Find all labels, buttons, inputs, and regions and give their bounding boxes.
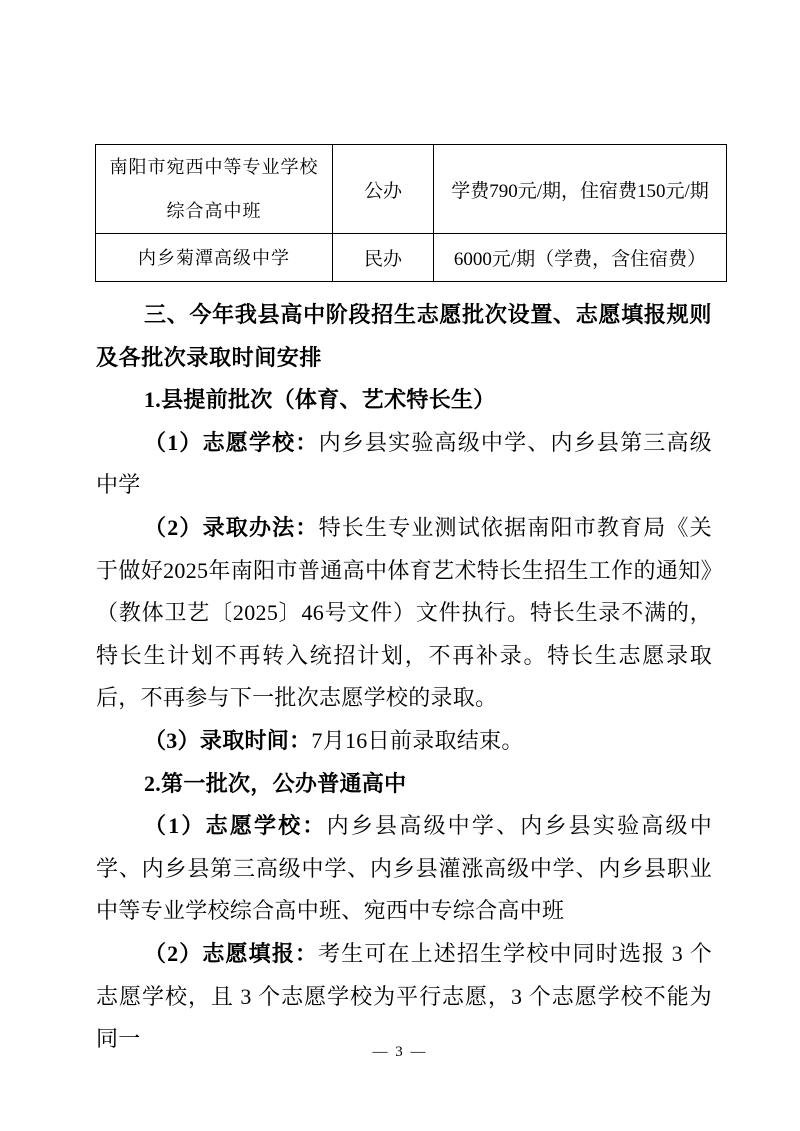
school-fee-table: 南阳市宛西中等专业学校 综合高中班 公办 学费790元/期，住宿费150元/期 … [95, 144, 727, 282]
paragraph: （3）录取时间：7月16日前录取结束。 [96, 720, 712, 763]
document-body: 三、今年我县高中阶段招生志愿批次设置、志愿填报规则及各批次录取时间安排 1.县提… [96, 294, 712, 1061]
school-type-cell: 公办 [333, 145, 434, 234]
school-name-line2: 综合高中班 [96, 189, 332, 233]
school-name-cell: 内乡菊潭高级中学 [96, 234, 333, 282]
paragraph-label: （1）志愿学校： [144, 430, 319, 455]
subsection-title-1: 1.县提前批次（体育、艺术特长生） [96, 379, 712, 422]
page-number: — 3 — [0, 1044, 800, 1061]
paragraph: （1）志愿学校：内乡县高级中学、内乡县实验高级中学、内乡县第三高级中学、内乡县灌… [96, 805, 712, 933]
paragraph-label: （3）录取时间： [144, 728, 311, 753]
table-row: 内乡菊潭高级中学 民办 6000元/期（学费，含住宿费） [96, 234, 727, 282]
paragraph-label: （2）录取办法： [144, 515, 319, 540]
paragraph: （2）志愿填报：考生可在上述招生学校中同时选报 3 个志愿学校，且 3 个志愿学… [96, 933, 712, 1061]
subsection-title-2: 2.第一批次，公办普通高中 [96, 763, 712, 806]
paragraph-text: 特长生专业测试依据南阳市教育局《关于做好2025年南阳市普通高中体育艺术特长生招… [96, 515, 712, 710]
paragraph-text: 7月16日前录取结束。 [311, 728, 523, 753]
school-name-line1: 南阳市宛西中等专业学校 [96, 145, 332, 189]
paragraph: （1）志愿学校：内乡县实验高级中学、内乡县第三高级中学 [96, 422, 712, 507]
school-fee-cell: 学费790元/期，住宿费150元/期 [434, 145, 727, 234]
table-row: 南阳市宛西中等专业学校 综合高中班 公办 学费790元/期，住宿费150元/期 [96, 145, 727, 234]
school-name-cell: 南阳市宛西中等专业学校 综合高中班 [96, 145, 333, 234]
school-fee-cell: 6000元/期（学费，含住宿费） [434, 234, 727, 282]
paragraph-label: （1）志愿学校： [144, 813, 327, 838]
document-page: 南阳市宛西中等专业学校 综合高中班 公办 学费790元/期，住宿费150元/期 … [0, 0, 800, 1131]
paragraph-label: （2）志愿填报： [144, 941, 318, 966]
school-type-cell: 民办 [333, 234, 434, 282]
section-heading: 三、今年我县高中阶段招生志愿批次设置、志愿填报规则及各批次录取时间安排 [96, 294, 712, 379]
school-name-line1: 内乡菊潭高级中学 [96, 236, 332, 280]
paragraph: （2）录取办法：特长生专业测试依据南阳市教育局《关于做好2025年南阳市普通高中… [96, 507, 712, 720]
